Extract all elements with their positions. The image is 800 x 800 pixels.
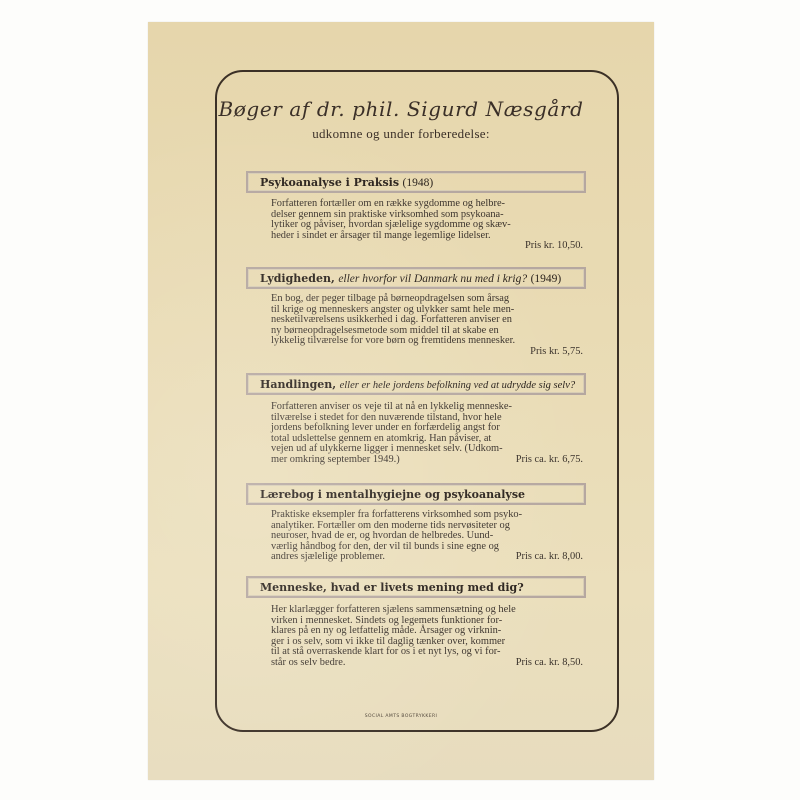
- desc-line: mer omkring september 1949.): [271, 455, 400, 466]
- book-subtitle: eller hvorfor vil Danmark nu med i krig?: [338, 273, 527, 285]
- book-year: (1949): [531, 273, 562, 285]
- desc-line: Forfatteren anviser os veje til at nå en…: [271, 402, 583, 413]
- book-subtitle: eller er hele jordens befolkning ved at …: [340, 380, 576, 391]
- book-title: Lydigheden,: [260, 272, 335, 285]
- document-page: Bøger af dr. phil. Sigurd Næsgård udkomn…: [148, 22, 654, 780]
- desc-line: andres sjælelige problemer.: [271, 552, 385, 563]
- page-subtitle: udkomne og under forberedelse:: [148, 126, 654, 142]
- book-title: Lærebog i mentalhygiejne og psykoanalyse: [260, 488, 525, 501]
- desc-line: Forfatteren fortæller om en række sygdom…: [271, 199, 583, 210]
- page-title: Bøger af dr. phil. Sigurd Næsgård: [148, 97, 654, 121]
- book-description: Praktiske eksempler fra forfatterens vir…: [271, 510, 583, 563]
- book-description: En bog, der peger tilbage på børneopdrag…: [271, 294, 583, 358]
- desc-last-line: andres sjælelige problemer. Pris ca. kr.…: [271, 552, 583, 563]
- book-heading: Lydigheden, eller hvorfor vil Danmark nu…: [246, 267, 586, 289]
- desc-line: står os selv bedre.: [271, 658, 345, 669]
- book-price: Pris kr. 10,50.: [271, 241, 583, 252]
- book-heading: Menneske, hvad er livets mening med dig?: [246, 576, 586, 598]
- book-title: Handlingen,: [260, 378, 336, 391]
- desc-last-line: mer omkring september 1949.) Pris ca. kr…: [271, 455, 583, 466]
- book-heading: Lærebog i mentalhygiejne og psykoanalyse: [246, 483, 586, 505]
- book-price: Pris ca. kr. 6,75.: [516, 455, 583, 466]
- book-price: Pris ca. kr. 8,00.: [516, 552, 583, 563]
- book-description: Forfatteren anviser os veje til at nå en…: [271, 402, 583, 466]
- book-title: Psykoanalyse i Praksis: [260, 176, 399, 189]
- book-description: Her klarlægger forfatteren sjælens samme…: [271, 605, 583, 669]
- desc-last-line: står os selv bedre. Pris ca. kr. 8,50.: [271, 658, 583, 669]
- book-heading: Psykoanalyse i Praksis (1948): [246, 171, 586, 193]
- printer-imprint: SOCIAL AMTS BOGTRYKKERI: [148, 714, 654, 719]
- book-title: Menneske, hvad er livets mening med dig?: [260, 581, 524, 594]
- book-heading: Handlingen, eller er hele jordens befolk…: [246, 373, 586, 395]
- desc-line: En bog, der peger tilbage på børneopdrag…: [271, 294, 583, 305]
- desc-line: Praktiske eksempler fra forfatterens vir…: [271, 510, 583, 521]
- book-year: (1948): [403, 177, 434, 189]
- desc-line: Her klarlægger forfatteren sjælens samme…: [271, 605, 583, 616]
- book-price: Pris ca. kr. 8,50.: [516, 658, 583, 669]
- book-price: Pris kr. 5,75.: [271, 347, 583, 358]
- book-description: Forfatteren fortæller om en række sygdom…: [271, 199, 583, 252]
